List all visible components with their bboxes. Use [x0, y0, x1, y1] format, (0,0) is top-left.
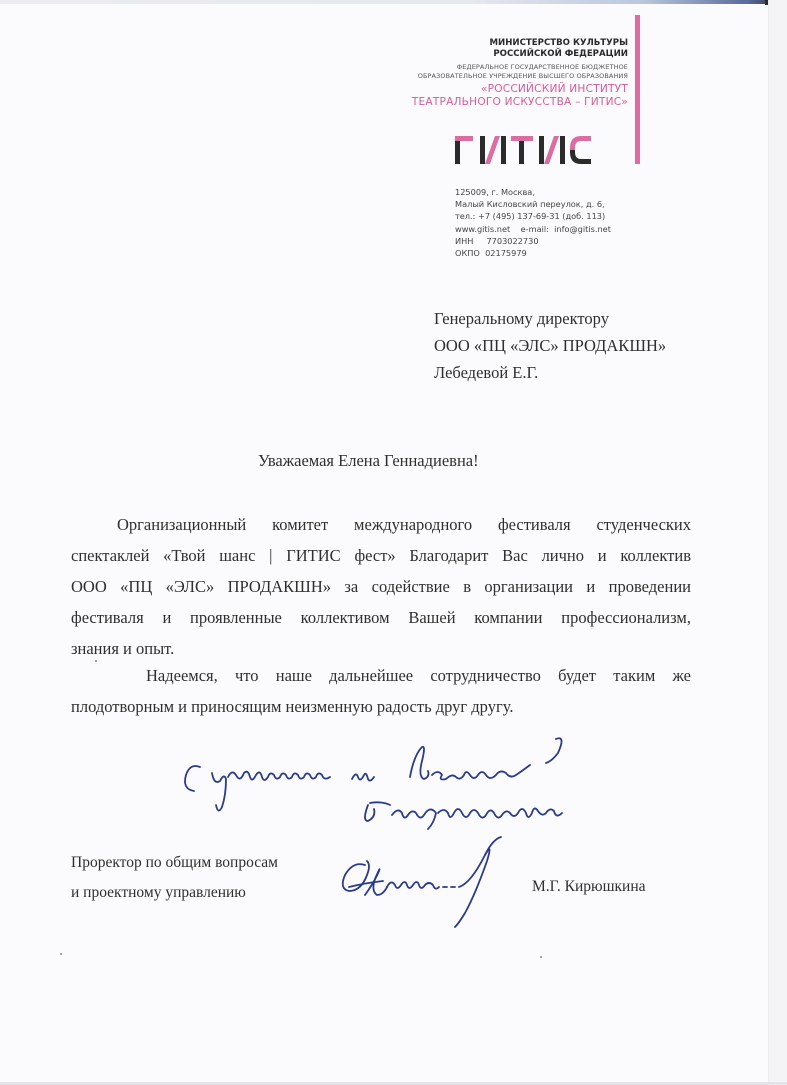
body-line: фестиваля и проявленные коллективом Ваше…	[71, 602, 691, 633]
ministry-heading: МИНИСТЕРСТВО КУЛЬТУРЫ РОССИЙСКОЙ ФЕДЕРАЦ…	[380, 38, 628, 60]
scan-speck	[60, 953, 62, 955]
institution-type-line-1: ФЕДЕРАЛЬНОЕ ГОСУДАРСТВЕННОЕ БЮДЖЕТНОЕ	[360, 63, 628, 72]
contact-address-block: 125009, г. Москва, Малый Кисловский пере…	[455, 186, 675, 259]
handwritten-signature	[335, 835, 515, 930]
signatory-title: Проректор по общим вопросам и проектному…	[71, 848, 278, 908]
letterhead-accent-bar	[635, 15, 640, 164]
scan-edge-right	[768, 0, 787, 1085]
body-paragraph-1: Организационный комитет международного ф…	[71, 509, 691, 664]
signatory-name: М.Г. Кирюшкина	[532, 878, 646, 896]
scan-edge-top	[0, 0, 787, 4]
scan-speck	[95, 660, 97, 662]
body-line: Организационный комитет международного ф…	[71, 509, 691, 540]
gitis-logo	[455, 136, 605, 164]
signatory-title-line-2: и проектному управлению	[71, 878, 278, 908]
body-line: плодотворным и приносящим неизменную рад…	[71, 691, 691, 722]
institution-type: ФЕДЕРАЛЬНОЕ ГОСУДАРСТВЕННОЕ БЮДЖЕТНОЕ ОБ…	[360, 63, 628, 81]
address-inn: ИНН 7703022730	[455, 235, 675, 247]
body-line: спектаклей «Твой шанс | ГИТИС фест» Благ…	[71, 540, 691, 571]
body-line: ООО «ПЦ «ЭЛС» ПРОДАКШН» за содействие в …	[71, 571, 691, 602]
ministry-line-2: РОССИЙСКОЙ ФЕДЕРАЦИИ	[380, 49, 628, 60]
address-street: Малый Кисловский переулок, д. 6,	[455, 198, 675, 210]
handwritten-closing-note	[170, 725, 640, 845]
recipient-block: Генеральному директору ООО «ПЦ «ЭЛС» ПРО…	[434, 305, 666, 386]
institution-type-line-2: ОБРАЗОВАТЕЛЬНОЕ УЧРЕЖДЕНИЕ ВЫСШЕГО ОБРАЗ…	[360, 72, 628, 81]
ministry-line-1: МИНИСТЕРСТВО КУЛЬТУРЫ	[380, 38, 628, 49]
body-paragraph-2: Надеемся, что наше дальнейшее сотрудниче…	[71, 660, 691, 722]
recipient-position: Генеральному директору	[434, 305, 666, 332]
address-web-email: www.gitis.net e-mail: info@gitis.net	[455, 223, 675, 235]
signatory-title-line-1: Проректор по общим вопросам	[71, 848, 278, 878]
recipient-name: Лебедевой Е.Г.	[434, 359, 666, 386]
institute-name-line-2: ТЕАТРАЛЬНОГО ИСКУССТВА – ГИТИС»	[360, 96, 628, 109]
address-okpo: ОКПО 02175979	[455, 247, 675, 259]
scan-speck	[540, 956, 542, 958]
recipient-company: ООО «ПЦ «ЭЛС» ПРОДАКШН»	[434, 332, 666, 359]
body-line: Надеемся, что наше дальнейшее сотрудниче…	[71, 660, 691, 691]
salutation: Уважаемая Елена Геннадиевна!	[258, 451, 479, 471]
institute-name: «РОССИЙСКИЙ ИНСТИТУТ ТЕАТРАЛЬНОГО ИСКУСС…	[360, 83, 628, 109]
address-phone: тел.: +7 (495) 137-69-31 (доб. 113)	[455, 210, 675, 222]
address-postal: 125009, г. Москва,	[455, 186, 675, 198]
institute-name-line-1: «РОССИЙСКИЙ ИНСТИТУТ	[360, 83, 628, 96]
